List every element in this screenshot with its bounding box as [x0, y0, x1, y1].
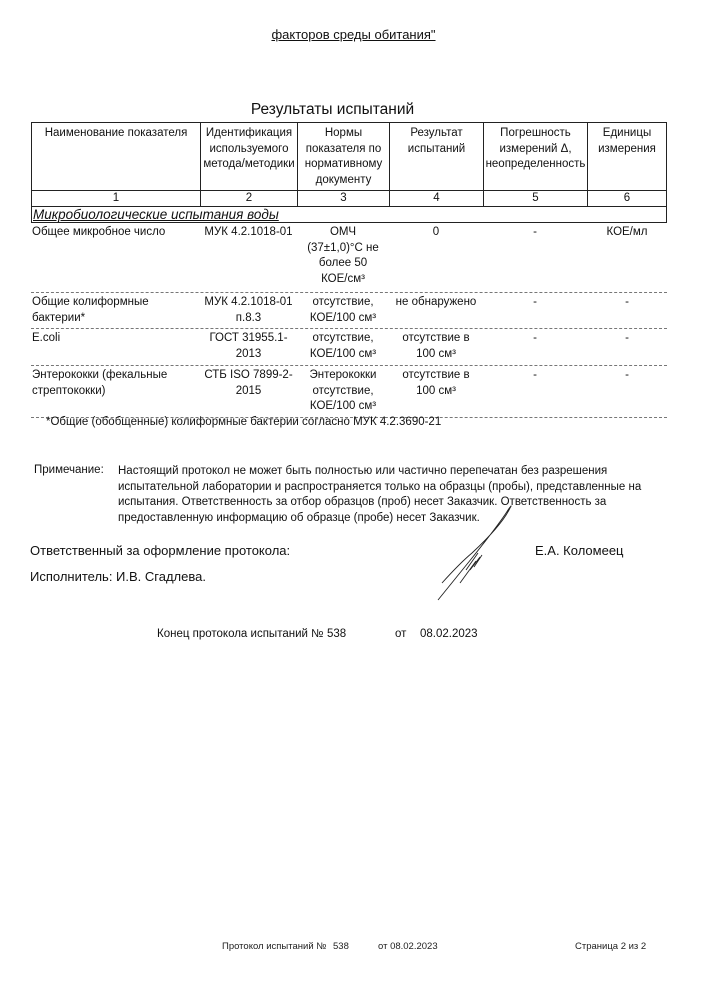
- column-number-3: 3: [297, 191, 389, 207]
- norm: ОМЧ (37±1,0)°С не более 50 КОЕ/см³: [297, 225, 389, 287]
- top-title-text: факторов среды обитания": [271, 27, 435, 42]
- indicator-name: Общие колиформные бактерии*: [32, 295, 200, 326]
- indicator-name: Энтерококки (фекальные стрептококки): [32, 368, 200, 399]
- method: ГОСТ 31955.1- 2013: [200, 331, 297, 362]
- end-protocol-label: Конец протокола испытаний №: [157, 628, 323, 640]
- method: СТБ ISO 7899-2- 2015: [200, 368, 297, 399]
- unit: -: [587, 368, 667, 384]
- unit: -: [587, 295, 667, 311]
- signature-icon: [430, 503, 530, 603]
- column-number-4: 4: [389, 191, 483, 207]
- header-method: Идентификация используемого метода/метод…: [200, 122, 297, 191]
- table-row: Общее микробное число МУК 4.2.1018-01 ОМ…: [31, 223, 667, 293]
- header-unit: Единицы измерения: [587, 122, 667, 191]
- header-norm: Нормы показателя по нормативному докумен…: [297, 122, 389, 191]
- error: -: [483, 225, 587, 241]
- responsible-name: Е.А. Коломеец: [535, 543, 624, 558]
- document-top-title: факторов среды обитания": [0, 27, 707, 42]
- footer-protocol-label: Протокол испытаний №: [222, 941, 326, 952]
- header-result: Результат испытаний: [389, 122, 483, 191]
- result: отсутствие в 100 см³: [389, 368, 483, 399]
- indicator-name: E.coli: [32, 331, 200, 347]
- column-number-2: 2: [200, 191, 297, 207]
- table-row: E.coli ГОСТ 31955.1- 2013 отсутствие, КО…: [31, 329, 667, 366]
- note-label: Примечание:: [34, 464, 104, 476]
- end-protocol-number: 538: [327, 628, 346, 640]
- result: 0: [389, 225, 483, 241]
- error: -: [483, 368, 587, 384]
- method: МУК 4.2.1018-01: [200, 225, 297, 241]
- footer-page-number: Страница 2 из 2: [575, 941, 646, 952]
- executor: Исполнитель: И.В. Сгадлева.: [30, 569, 206, 584]
- column-number-5: 5: [483, 191, 587, 207]
- unit: КОЕ/мл: [587, 225, 667, 241]
- footer-protocol-number: 538: [333, 941, 349, 952]
- result: отсутствие в 100 см³: [389, 331, 483, 362]
- error: -: [483, 295, 587, 311]
- indicator-name: Общее микробное число: [32, 225, 200, 241]
- norm: отсутствие, КОЕ/100 см³: [297, 295, 389, 326]
- footer-protocol-date: от 08.02.2023: [378, 941, 438, 952]
- header-indicator-name: Наименование показателя: [31, 122, 200, 191]
- responsible-label: Ответственный за оформление протокола:: [30, 543, 290, 558]
- note-text: Настоящий протокол не может быть полност…: [118, 464, 658, 526]
- error: -: [483, 331, 587, 347]
- section-title: Микробиологические испытания воды: [33, 208, 279, 222]
- end-protocol-from: от: [395, 628, 406, 640]
- unit: -: [587, 331, 667, 347]
- end-protocol-date: 08.02.2023: [420, 628, 478, 640]
- method: МУК 4.2.1018-01 п.8.3: [200, 295, 297, 326]
- norm: отсутствие, КОЕ/100 см³: [297, 331, 389, 362]
- norm: Энтерококки отсутствие, КОЕ/100 см³: [297, 368, 389, 415]
- header-error: Погрешность измерений Δ, неопределенност…: [483, 122, 587, 191]
- result: не обнаружено: [389, 295, 483, 311]
- column-number-1: 1: [31, 191, 200, 207]
- table-row: Энтерококки (фекальные стрептококки) СТБ…: [31, 366, 667, 418]
- section-row: Микробиологические испытания воды: [31, 207, 667, 223]
- table-footnote: *Общие (обобщенные) колиформные бактерии…: [46, 416, 441, 428]
- column-number-6: 6: [587, 191, 667, 207]
- table-row: Общие колиформные бактерии* МУК 4.2.1018…: [31, 293, 667, 329]
- results-title: Результаты испытаний: [0, 101, 665, 119]
